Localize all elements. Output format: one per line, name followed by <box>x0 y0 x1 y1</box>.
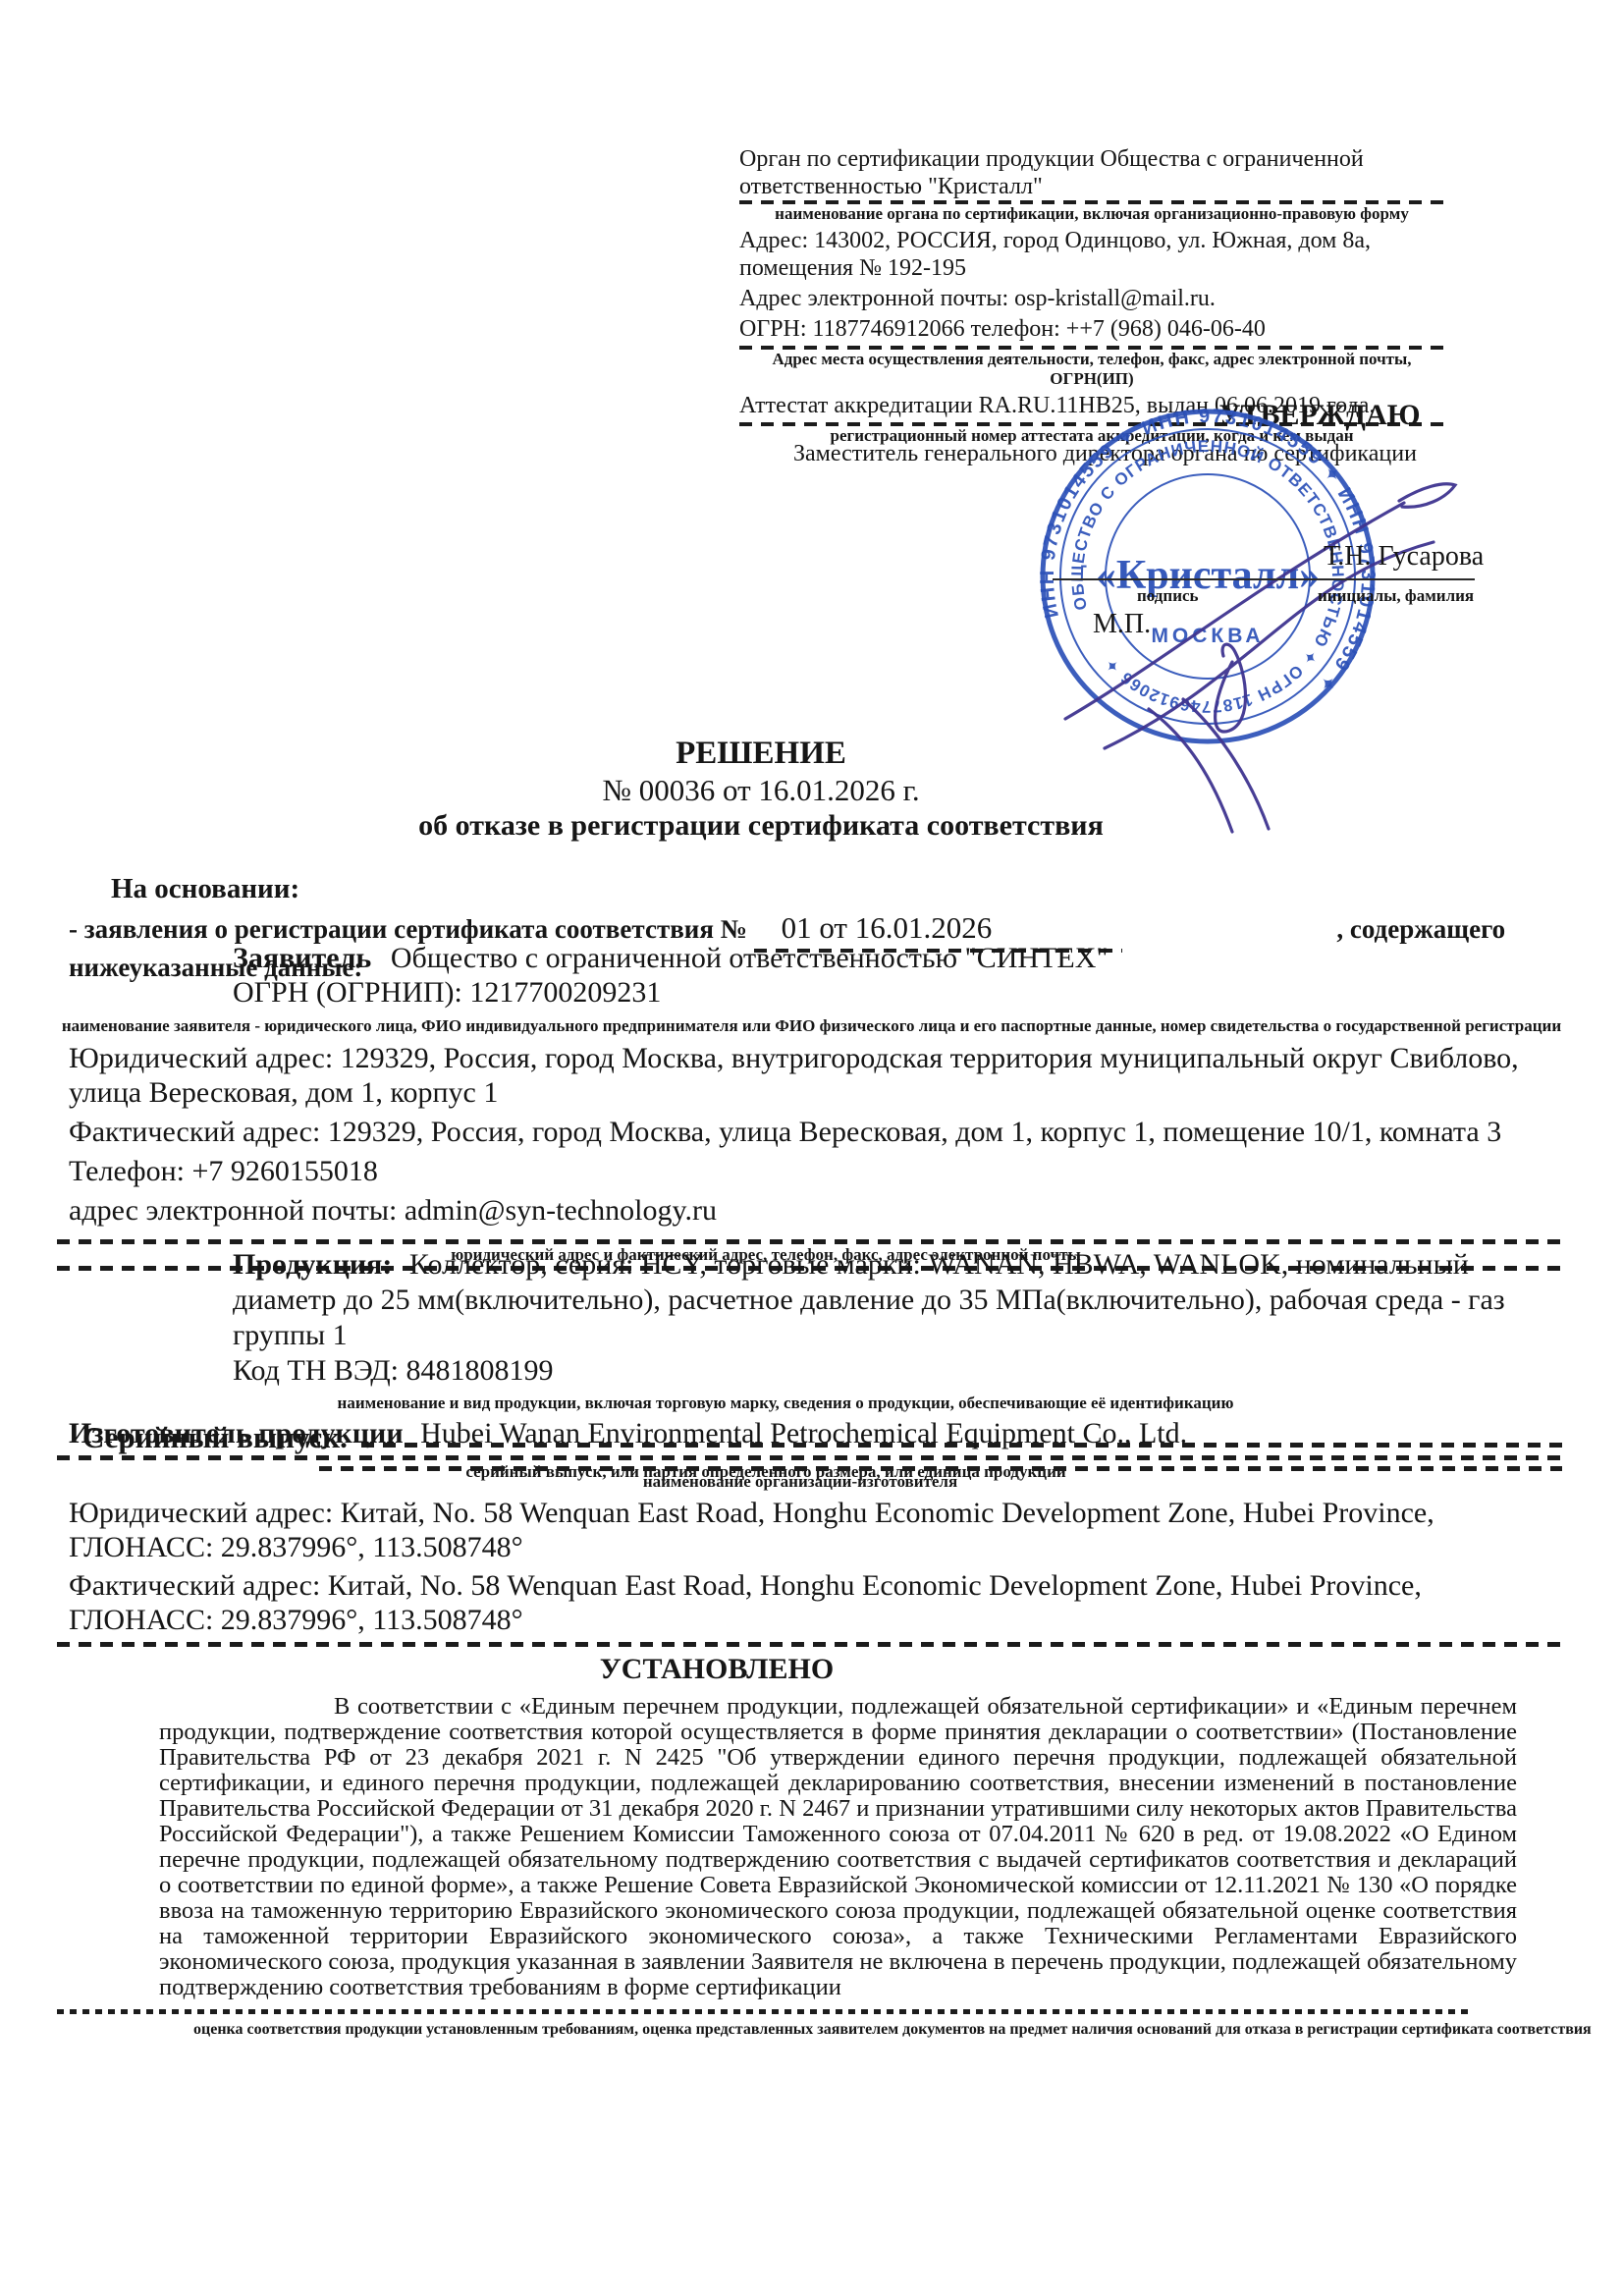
findings-heading: УСТАНОВЛЕНО <box>0 1653 1434 1686</box>
findings-paragraph: В соответствии с «Единым перечнем продук… <box>159 1694 1517 2000</box>
decision-number: № 00036 от 16.01.2026 г. <box>0 772 1522 808</box>
dashed-divider <box>319 1466 1562 1471</box>
applicant-name: Общество с ограниченной ответственностью… <box>391 942 1109 974</box>
certification-body-ogrn-phone: ОГРН: 1187746912066 телефон: ++7 (968) 0… <box>739 315 1444 350</box>
manufacturer-legal-address: Юридический адрес: Китай, No. 58 Wenquan… <box>69 1496 1564 1530</box>
applicant-ogrn: ОГРН (ОГРНИП): 1217700209231 <box>233 975 1623 1010</box>
certification-body-ogrn-caption: Адрес места осуществления деятельности, … <box>739 350 1444 389</box>
applicant-block: Заявитель Общество с ограниченной ответс… <box>0 941 1623 1271</box>
approve-word: УТВЕРЖДАЮ <box>1166 399 1473 432</box>
applicant-email: адрес электронной почты: admin@syn-techn… <box>69 1193 1564 1228</box>
signer-name: Т.Н. Гусарова <box>1324 541 1484 573</box>
approver-title: Заместитель генерального директора орган… <box>793 441 1417 467</box>
basis-lead: На основании: <box>111 872 1623 905</box>
stamp-city-text: МОСКВА <box>1151 625 1264 647</box>
seal-place-mark: М.П. <box>1093 609 1151 640</box>
applicant-label: Заявитель <box>233 942 371 974</box>
signature-caption: подпись <box>1137 586 1199 606</box>
manufacturer-caption: наименование организации-изготовителя <box>0 1472 1600 1492</box>
decision-subject: об отказе в регистрации сертификата соот… <box>0 808 1522 844</box>
applicant-phone: Телефон: +7 9260155018 <box>69 1154 1564 1188</box>
dotted-divider <box>57 2009 1471 2014</box>
decision-title-block: РЕШЕНИЕ № 00036 от 16.01.2026 г. об отка… <box>0 735 1522 844</box>
manufacturer-actual-glonass: ГЛОНАСС: 29.837996°, 113.508748° <box>69 1603 1564 1637</box>
assessment-footer: оценка соответствия продукции установлен… <box>0 2009 1623 2040</box>
certification-body-address: Адрес: 143002, РОССИЯ, город Одинцово, у… <box>739 227 1444 282</box>
basis-statement-prefix: - заявления о регистрации сертификата со… <box>69 914 747 944</box>
product-caption: наименование и вид продукции, включая то… <box>0 1394 1571 1413</box>
manufacturer-block: Изготовитель продукции Hubei Wanan Envir… <box>0 1416 1623 1637</box>
decision-heading: РЕШЕНИЕ <box>0 735 1522 772</box>
manufacturer-label: Изготовитель продукции <box>69 1417 404 1449</box>
certification-body-email: Адрес электронной почты: osp-kristall@ma… <box>739 285 1444 312</box>
assessment-caption: оценка соответствия продукции установлен… <box>193 2020 1623 2040</box>
product-tnved: Код ТН ВЭД: 8481808199 <box>233 1353 1530 1389</box>
certification-body-name: Орган по сертификации продукции Общества… <box>739 145 1444 204</box>
decision-document-page: Орган по сертификации продукции Общества… <box>0 0 1623 2296</box>
product-description: Коллектор, серия: HCY, торговые марки: W… <box>233 1248 1505 1351</box>
applicant-actual-address: Фактический адрес: 129329, Россия, город… <box>69 1115 1564 1149</box>
initials-caption: инициалы, фамилия <box>1318 586 1474 606</box>
manufacturer-name: Hubei Wanan Environmental Petrochemical … <box>420 1417 1187 1449</box>
manufacturer-actual-address: Фактический адрес: Китай, No. 58 Wenquan… <box>69 1568 1564 1603</box>
findings-block: УСТАНОВЛЕНО В соответствии с «Единым пер… <box>0 1642 1623 2000</box>
signature-line <box>1053 578 1475 580</box>
product-label: Продукция: <box>233 1248 392 1281</box>
certification-body-name-caption: наименование органа по сертификации, вкл… <box>739 204 1444 224</box>
applicant-caption: наименование заявителя - юридического ли… <box>0 1016 1623 1036</box>
manufacturer-legal-glonass: ГЛОНАСС: 29.837996°, 113.508748° <box>69 1530 1564 1564</box>
stamp-center-text: «Кристалл» <box>1096 553 1320 598</box>
applicant-legal-address: Юридический адрес: 129329, Россия, город… <box>69 1041 1564 1110</box>
dashed-divider <box>57 1642 1562 1647</box>
